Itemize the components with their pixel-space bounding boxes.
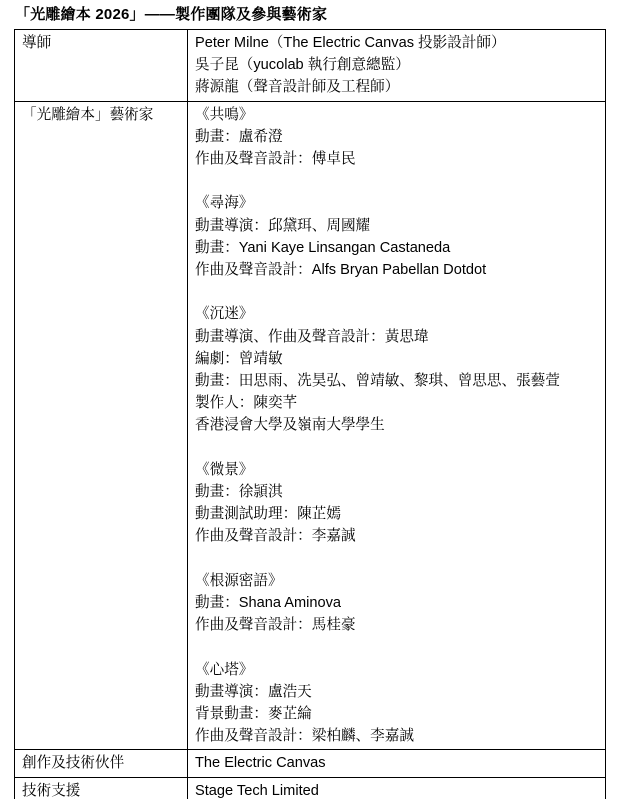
credit-line: 作曲及聲音設計：馬桂豪	[195, 614, 598, 636]
table-row: 「光雕繪本」藝術家《共鳴》動畫：盧希澄作曲及聲音設計：傅卓民《尋海》動畫導演：邱…	[15, 101, 606, 750]
credit-line: 動畫：徐頴淇	[195, 481, 598, 503]
blank-line	[195, 281, 598, 303]
row-label: 導師	[15, 30, 188, 102]
credit-line: 製作人：陳奕芊	[195, 392, 598, 414]
show-title: 《沉迷》	[195, 303, 598, 325]
table-row: 技術支援Stage Tech Limited	[15, 777, 606, 799]
credit-line: 蔣源龍（聲音設計師及工程師）	[195, 76, 598, 98]
credit-line: Peter Milne（The Electric Canvas 投影設計師）	[195, 32, 598, 54]
row-content: 《共鳴》動畫：盧希澄作曲及聲音設計：傅卓民《尋海》動畫導演：邱黛珥、周國耀動畫：…	[188, 101, 606, 750]
row-content: Stage Tech Limited	[188, 777, 606, 799]
credit-line: 動畫測試助理：陳芷嫣	[195, 503, 598, 525]
credit-line: 背景動畫：麥芷綸	[195, 703, 598, 725]
credits-table: 導師Peter Milne（The Electric Canvas 投影設計師）…	[14, 29, 606, 799]
row-content: The Electric Canvas	[188, 750, 606, 777]
credit-line: 吳子昆（yucolab 執行創意總監）	[195, 54, 598, 76]
credit-line: 編劇：曾靖敏	[195, 348, 598, 370]
document-page: 「光雕繪本 2026」——製作團隊及參與藝術家 導師Peter Milne（Th…	[0, 0, 620, 799]
credit-line: 動畫導演：盧浩天	[195, 681, 598, 703]
row-content: Peter Milne（The Electric Canvas 投影設計師）吳子…	[188, 30, 606, 102]
show-title: 《尋海》	[195, 192, 598, 214]
row-label: 「光雕繪本」藝術家	[15, 101, 188, 750]
credit-line: 作曲及聲音設計：傅卓民	[195, 148, 598, 170]
row-label: 技術支援	[15, 777, 188, 799]
table-row: 創作及技術伙伴The Electric Canvas	[15, 750, 606, 777]
credit-line: 香港浸會大學及嶺南大學學生	[195, 414, 598, 436]
credit-line: 動畫導演、作曲及聲音設計：黃思瑋	[195, 326, 598, 348]
blank-line	[195, 170, 598, 192]
row-label: 創作及技術伙伴	[15, 750, 188, 777]
blank-line	[195, 636, 598, 658]
credit-line: Stage Tech Limited	[195, 780, 598, 799]
show-title: 《心塔》	[195, 659, 598, 681]
credit-line: 作曲及聲音設計：李嘉誠	[195, 525, 598, 547]
credit-line: 動畫：Shana Aminova	[195, 592, 598, 614]
show-title: 《根源密語》	[195, 570, 598, 592]
credit-line: 動畫導演：邱黛珥、周國耀	[195, 215, 598, 237]
show-title: 《共鳴》	[195, 104, 598, 126]
show-title: 《微景》	[195, 459, 598, 481]
credit-line: 動畫：Yani Kaye Linsangan Castaneda	[195, 237, 598, 259]
page-title: 「光雕繪本 2026」——製作團隊及參與藝術家	[15, 5, 606, 24]
credit-line: 動畫：田思雨、冼昊弘、曾靖敏、黎琪、曾思思、張藝萱	[195, 370, 598, 392]
credit-line: The Electric Canvas	[195, 752, 598, 774]
credit-line: 作曲及聲音設計：梁柏麟、李嘉誠	[195, 725, 598, 747]
credit-line: 作曲及聲音設計：Alfs Bryan Pabellan Dotdot	[195, 259, 598, 281]
blank-line	[195, 548, 598, 570]
credit-line: 動畫：盧希澄	[195, 126, 598, 148]
table-row: 導師Peter Milne（The Electric Canvas 投影設計師）…	[15, 30, 606, 102]
blank-line	[195, 437, 598, 459]
credits-table-body: 導師Peter Milne（The Electric Canvas 投影設計師）…	[15, 30, 606, 799]
